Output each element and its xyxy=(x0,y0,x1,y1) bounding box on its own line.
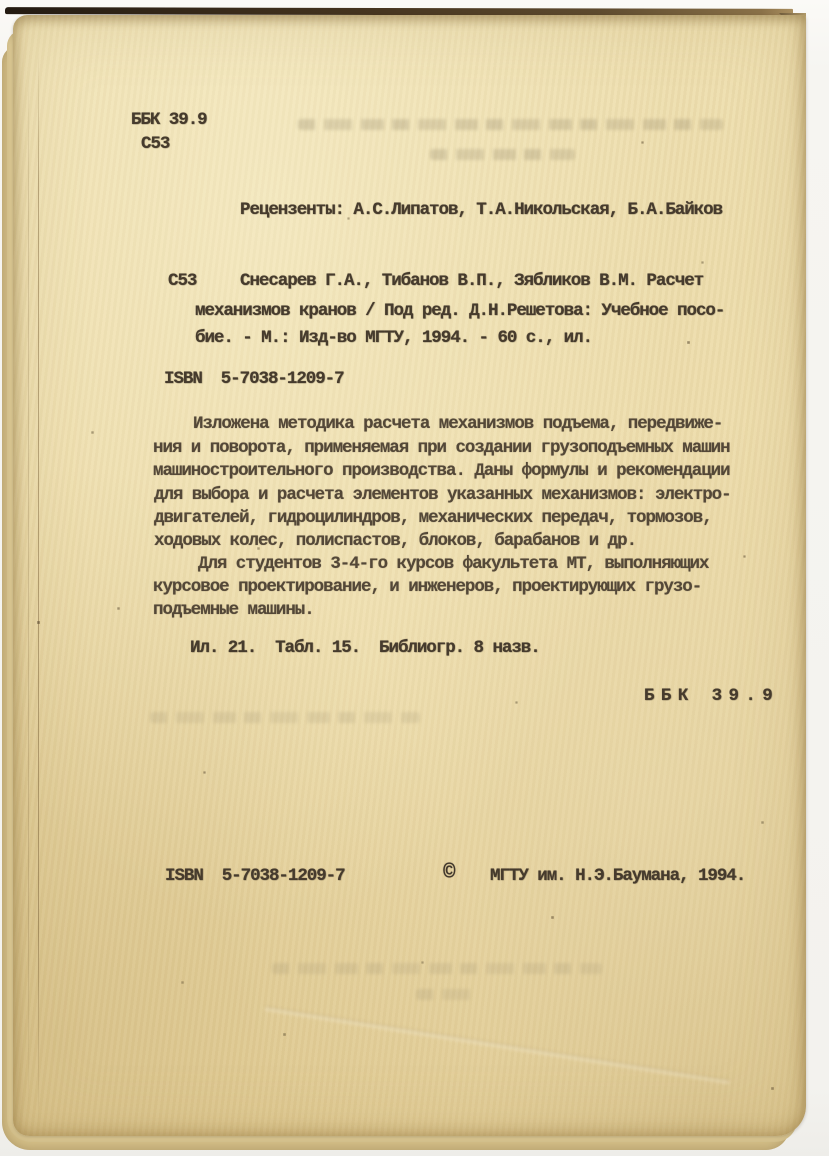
annotation-line: ния и поворота, применяемая при создании… xyxy=(153,438,730,458)
bbk-classification-header: ББК 39.9 xyxy=(131,110,207,130)
ghost-show-through-text xyxy=(150,712,420,723)
annotation-line: курсовое проектирование, и инженеров, пр… xyxy=(153,577,701,597)
annotation-line: Для студентов 3-4-го курсов факультета М… xyxy=(198,554,708,574)
annotation-line: подъемные машины. xyxy=(153,600,314,620)
bbk-classification-footer: ББК 39.9 xyxy=(644,686,779,706)
gutter-shadow-line xyxy=(38,50,39,1126)
annotation-line: Изложена методика расчета механизмов под… xyxy=(193,414,722,434)
illustrations-stats-line: Ил. 21. Табл. 15. Библиогр. 8 назв. xyxy=(190,638,540,658)
ghost-show-through-text xyxy=(272,963,602,974)
ghost-show-through-text xyxy=(298,119,723,130)
catalog-line: механизмов кранов / Под ред. Д.Н.Решетов… xyxy=(195,301,724,321)
author-sign-header: С53 xyxy=(141,134,169,154)
reviewers-line: Рецензенты: А.С.Липатов, Т.А.Никольская,… xyxy=(240,200,722,220)
imprint-isbn: ISBN 5-7038-1209-7 xyxy=(165,866,345,886)
ghost-show-through-text xyxy=(430,149,575,160)
catalog-line: Снесарев Г.А., Тибанов В.П., Зябликов В.… xyxy=(240,271,703,291)
annotation-line: машиностроительного производства. Даны ф… xyxy=(153,461,730,481)
annotation-line: для выбора и расчета элементов указанных… xyxy=(154,485,731,505)
paper-specks xyxy=(0,0,1,1)
copyright-holder-line: МГТУ им. Н.Э.Баумана, 1994. xyxy=(490,866,745,886)
annotation-line: двигателей, гидроцилиндров, механических… xyxy=(154,508,712,528)
scanned-book-page: ББК 39.9 С53 Рецензенты: А.С.Липатов, Т.… xyxy=(0,0,829,1156)
copyright-symbol: © xyxy=(443,862,456,885)
catalog-author-sign: С53 xyxy=(168,271,196,291)
isbn-line: ISBN 5-7038-1209-7 xyxy=(164,369,344,389)
catalog-line: бие. - М.: Изд-во МГТУ, 1994. - 60 с., и… xyxy=(195,328,592,348)
annotation-line: ходовых колес, полиспастов, блоков, бара… xyxy=(154,531,636,551)
ghost-show-through-text xyxy=(416,989,478,1000)
gutter-shadow-line xyxy=(28,70,29,1120)
